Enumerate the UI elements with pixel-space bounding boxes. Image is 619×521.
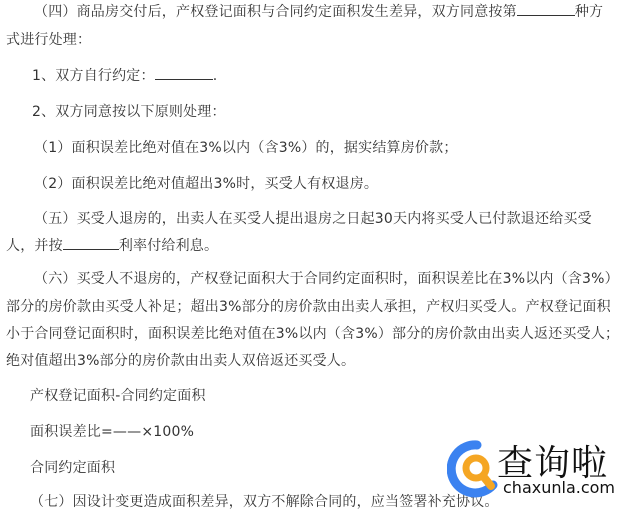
option-1-end: .	[213, 68, 218, 84]
clause-4-text: （四）商品房交付后，产权登记面积与合同约定面积发生差异，双方同意按第	[34, 4, 517, 20]
magnifier-logo-icon	[447, 439, 503, 501]
clause-4-line-1: （四）商品房交付后，产权登记面积与合同约定面积发生差异，双方同意按第种方	[34, 3, 603, 21]
clause-5-line-2: 人，并按利率付给利息。	[6, 237, 218, 255]
formula-equation: 面积误差比=——×100%	[30, 423, 194, 441]
clause-6-line-3: 小于合同登记面积时，面积误差比绝对值在3%以内（含3%）部分的房价款由出卖人返还…	[6, 325, 619, 343]
clause-7-line-1: （七）因设计变更造成面积差异，双方不解除合同的，应当签署补充协议。	[30, 493, 499, 511]
fill-blank-method[interactable]	[517, 3, 575, 16]
option-2-rule-1: （1）面积误差比绝对值在3%以内（含3%）的，据实结算房价款；	[34, 139, 458, 157]
clause-5-text: 人，并按	[6, 238, 63, 254]
watermark-domain-text: chaxunla.com	[503, 478, 615, 497]
option-1: 1、双方自行约定：.	[32, 67, 217, 85]
clause-5-line-1: （五）买受人退房的，出卖人在买受人提出退房之日起30天内将买受人已付款退还给买受	[34, 210, 592, 228]
option-1-text: 1、双方自行约定：	[32, 68, 155, 84]
clause-4-line-2: 式进行处理：	[6, 31, 91, 49]
option-2: 2、双方同意按以下原则处理：	[32, 103, 226, 121]
clause-5-text-end: 利率付给利息。	[119, 238, 218, 254]
formula-denominator: 合同约定面积	[30, 459, 115, 477]
clause-6-line-1: （六）买受人不退房的，产权登记面积大于合同约定面积时，面积误差比在3%以内（含3…	[34, 270, 619, 288]
watermark-logo: 查询啦 chaxunla.com	[447, 435, 619, 505]
clause-6-line-4: 绝对值超出3%部分的房价款由出卖人双倍返还买受人。	[6, 352, 355, 370]
clause-4-text-end: 种方	[575, 4, 603, 20]
option-2-rule-2: （2）面积误差比绝对值超出3%时，买受人有权退房。	[34, 175, 378, 193]
clause-6-line-2: 部分的房价款由买受人补足；超出3%部分的房价款由出卖人承担，产权归买受人。产权登…	[6, 298, 611, 316]
fill-blank-agreement[interactable]	[155, 67, 213, 80]
fill-blank-interest-rate[interactable]	[63, 237, 119, 250]
formula-numerator: 产权登记面积-合同约定面积	[30, 387, 206, 405]
